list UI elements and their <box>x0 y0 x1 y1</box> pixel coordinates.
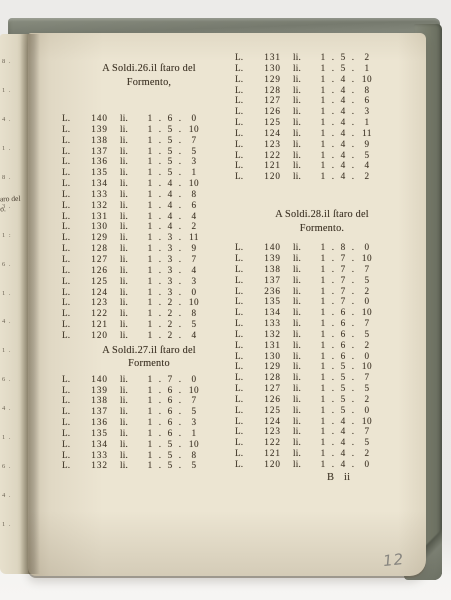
left-column: A Soldi.26.il ſtaro del Formento, L. 140… <box>62 62 238 471</box>
li-prefix: li. <box>281 437 317 448</box>
li-prefix: li. <box>108 428 144 439</box>
lire-prefix: L. <box>62 385 84 396</box>
table-row: L. 131 li. 1 . 5 . 2 <box>235 52 411 63</box>
lire-prefix: L. <box>235 361 257 372</box>
previous-page-edge: 8 . 1 . 4 . 1 . 8 . 3 . 1 : 6 . 1 . 4 . … <box>0 34 31 574</box>
lire-prefix: L. <box>62 113 84 124</box>
li-prefix: li. <box>108 200 144 211</box>
denari-value: 7 <box>357 426 377 437</box>
lire-prefix: L. <box>62 232 84 243</box>
dot-separator: . <box>349 286 357 297</box>
dot-separator: . <box>329 106 337 117</box>
lire-value: 126 <box>257 106 281 117</box>
table-row: L. 122 li. 1 . 4 . 5 <box>235 150 411 161</box>
lire-value: 140 <box>84 113 108 124</box>
dot-separator: . <box>156 200 164 211</box>
table-row: L. 123 li. 1 . 4 . 7 <box>235 426 411 437</box>
soldi-value: 3 <box>164 232 176 243</box>
soldi-value: 6 <box>164 406 176 417</box>
lire-prefix: L. <box>62 265 84 276</box>
lire-value: 135 <box>84 167 108 178</box>
dot-separator: . <box>156 146 164 157</box>
li-prefix: li. <box>281 253 317 264</box>
dot-separator: . <box>176 406 184 417</box>
unit-value: 1 <box>144 308 156 319</box>
li-prefix: li. <box>108 319 144 330</box>
unit-value: 1 <box>317 296 329 307</box>
denari-value: 4 <box>184 265 204 276</box>
lire-value: 133 <box>84 450 108 461</box>
soldi-value: 3 <box>164 265 176 276</box>
lire-prefix: L. <box>235 117 257 128</box>
lire-prefix: L. <box>62 439 84 450</box>
denari-value: 7 <box>184 254 204 265</box>
lire-prefix: L. <box>62 297 84 308</box>
unit-value: 1 <box>317 150 329 161</box>
lire-prefix: L. <box>235 106 257 117</box>
li-prefix: li. <box>281 139 317 150</box>
soldi-value: 6 <box>164 113 176 124</box>
unit-value: 1 <box>317 340 329 351</box>
lire-value: 133 <box>84 189 108 200</box>
li-prefix: li. <box>281 85 317 96</box>
lire-value: 131 <box>257 52 281 63</box>
table-row: L. 124 li. 1 . 3 . 0 <box>62 287 238 298</box>
unit-value: 1 <box>317 85 329 96</box>
lire-value: 138 <box>257 264 281 275</box>
table-row: L. 129 li. 1 . 3 . 11 <box>62 232 238 243</box>
li-prefix: li. <box>108 276 144 287</box>
dot-separator: . <box>329 318 337 329</box>
li-prefix: li. <box>281 416 317 427</box>
lire-prefix: L. <box>235 95 257 106</box>
soldi-value: 4 <box>337 95 349 106</box>
dot-separator: . <box>349 253 357 264</box>
lire-value: 135 <box>84 428 108 439</box>
dot-separator: . <box>349 117 357 128</box>
soldi-value: 4 <box>164 189 176 200</box>
lire-value: 122 <box>257 437 281 448</box>
table-row: L. 130 li. 1 . 6 . 0 <box>235 351 411 362</box>
li-prefix: li. <box>281 264 317 275</box>
dot-separator: . <box>176 439 184 450</box>
soldi-value: 5 <box>337 361 349 372</box>
denari-value: 0 <box>184 287 204 298</box>
unit-value: 1 <box>317 351 329 362</box>
soldi-value: 5 <box>337 394 349 405</box>
dot-separator: . <box>156 297 164 308</box>
table-row: L. 127 li. 1 . 5 . 5 <box>235 383 411 394</box>
li-prefix: li. <box>108 232 144 243</box>
li-prefix: li. <box>281 286 317 297</box>
soldi-value: 5 <box>164 167 176 178</box>
lire-prefix: L. <box>235 318 257 329</box>
table-soldi-26: L. 140 li. 1 . 6 . 0 L. 139 li. 1 <box>62 113 238 341</box>
lire-prefix: L. <box>235 448 257 459</box>
dot-separator: . <box>156 428 164 439</box>
unit-value: 1 <box>317 383 329 394</box>
lire-prefix: L. <box>62 450 84 461</box>
dot-separator: . <box>329 117 337 128</box>
dot-separator: . <box>349 296 357 307</box>
denari-value: 5 <box>357 437 377 448</box>
denari-value: 2 <box>357 448 377 459</box>
li-prefix: li. <box>108 189 144 200</box>
dot-separator: . <box>349 459 357 470</box>
lire-prefix: L. <box>235 383 257 394</box>
unit-value: 1 <box>144 374 156 385</box>
lire-prefix: L. <box>235 286 257 297</box>
li-prefix: li. <box>108 135 144 146</box>
li-prefix: li. <box>108 243 144 254</box>
denari-value: 4 <box>184 330 204 341</box>
unit-value: 1 <box>144 439 156 450</box>
soldi-value: 3 <box>164 254 176 265</box>
dot-separator: . <box>349 85 357 96</box>
dot-separator: . <box>156 287 164 298</box>
unit-value: 1 <box>144 265 156 276</box>
dot-separator: . <box>156 167 164 178</box>
li-prefix: li. <box>281 242 317 253</box>
lire-value: 124 <box>257 416 281 427</box>
lire-prefix: L. <box>235 139 257 150</box>
photo-backdrop: 8 . 1 . 4 . 1 . 8 . 3 . 1 : 6 . 1 . 4 . … <box>0 0 451 600</box>
table-row: L. 128 li. 1 . 5 . 7 <box>235 372 411 383</box>
soldi-value: 2 <box>164 330 176 341</box>
soldi-value: 6 <box>337 307 349 318</box>
previous-page-text-fragment: 4 . <box>2 492 24 499</box>
denari-value: 7 <box>357 264 377 275</box>
unit-value: 1 <box>144 221 156 232</box>
dot-separator: . <box>176 385 184 396</box>
denari-value: 3 <box>357 106 377 117</box>
previous-page-text-fragment: 8 . <box>2 58 24 65</box>
dot-separator: . <box>349 318 357 329</box>
dot-separator: . <box>156 124 164 135</box>
denari-value: 7 <box>357 318 377 329</box>
dot-separator: . <box>349 329 357 340</box>
table-row: L. 137 li. 1 . 6 . 5 <box>62 406 238 417</box>
dot-separator: . <box>349 437 357 448</box>
unit-value: 1 <box>144 146 156 157</box>
denari-value: 10 <box>184 385 204 396</box>
lire-value: 123 <box>257 139 281 150</box>
lire-value: 123 <box>84 297 108 308</box>
lire-prefix: L. <box>62 319 84 330</box>
lire-prefix: L. <box>235 416 257 427</box>
lire-prefix: L. <box>62 287 84 298</box>
li-prefix: li. <box>108 156 144 167</box>
table-row: L. 132 li. 1 . 6 . 5 <box>235 329 411 340</box>
unit-value: 1 <box>144 189 156 200</box>
table-row: L. 130 li. 1 . 4 . 2 <box>62 221 238 232</box>
dot-separator: . <box>349 307 357 318</box>
lire-prefix: L. <box>62 189 84 200</box>
denari-value: 0 <box>184 374 204 385</box>
lire-value: 120 <box>84 330 108 341</box>
denari-value: 5 <box>357 329 377 340</box>
soldi-value: 4 <box>337 160 349 171</box>
table-row: L. 135 li. 1 . 5 . 1 <box>62 167 238 178</box>
denari-value: 11 <box>184 232 204 243</box>
unit-value: 1 <box>144 167 156 178</box>
soldi-value: 4 <box>337 171 349 182</box>
dot-separator: . <box>156 450 164 461</box>
dot-separator: . <box>349 171 357 182</box>
denari-value: 1 <box>184 428 204 439</box>
lire-value: 122 <box>84 308 108 319</box>
unit-value: 1 <box>144 243 156 254</box>
li-prefix: li. <box>281 74 317 85</box>
unit-value: 1 <box>144 178 156 189</box>
dot-separator: . <box>176 254 184 265</box>
soldi-value: 4 <box>337 74 349 85</box>
lire-value: 138 <box>84 135 108 146</box>
table-row: L. 121 li. 1 . 2 . 5 <box>62 319 238 330</box>
soldi-value: 6 <box>164 417 176 428</box>
dot-separator: . <box>349 128 357 139</box>
lire-value: 129 <box>84 232 108 243</box>
denari-value: 8 <box>184 189 204 200</box>
dot-separator: . <box>329 63 337 74</box>
lire-prefix: L. <box>62 167 84 178</box>
soldi-value: 4 <box>164 200 176 211</box>
table-row: L. 123 li. 1 . 2 . 10 <box>62 297 238 308</box>
unit-value: 1 <box>317 128 329 139</box>
lire-value: 124 <box>84 287 108 298</box>
dot-separator: . <box>329 160 337 171</box>
previous-page-text-fragment: 4 . <box>2 318 24 325</box>
li-prefix: li. <box>281 307 317 318</box>
unit-value: 1 <box>317 394 329 405</box>
dot-separator: . <box>349 264 357 275</box>
lire-prefix: L. <box>235 329 257 340</box>
table-row: L. 134 li. 1 . 6 . 10 <box>235 307 411 318</box>
dot-separator: . <box>329 264 337 275</box>
denari-value: 10 <box>184 124 204 135</box>
unit-value: 1 <box>317 63 329 74</box>
lire-value: 131 <box>257 340 281 351</box>
table-row: L. 133 li. 1 . 5 . 8 <box>62 450 238 461</box>
dot-separator: . <box>156 276 164 287</box>
unit-value: 1 <box>144 200 156 211</box>
soldi-value: 5 <box>337 52 349 63</box>
li-prefix: li. <box>281 171 317 182</box>
unit-value: 1 <box>144 406 156 417</box>
lire-value: 137 <box>84 146 108 157</box>
table-row: L. 135 li. 1 . 7 . 0 <box>235 296 411 307</box>
lire-prefix: L. <box>235 437 257 448</box>
previous-page-text-fragment: 6 . <box>2 376 24 383</box>
dot-separator: . <box>329 242 337 253</box>
soldi-value: 3 <box>164 243 176 254</box>
lire-prefix: L. <box>62 276 84 287</box>
unit-value: 1 <box>144 254 156 265</box>
previous-page-text-fragment: 1 . <box>2 434 24 441</box>
dot-separator: . <box>176 265 184 276</box>
lire-value: 126 <box>84 265 108 276</box>
li-prefix: li. <box>108 146 144 157</box>
denari-value: 4 <box>357 160 377 171</box>
unit-value: 1 <box>317 52 329 63</box>
denari-value: 2 <box>357 286 377 297</box>
dot-separator: . <box>176 374 184 385</box>
lire-value: 236 <box>257 286 281 297</box>
table-row: L. 138 li. 1 . 5 . 7 <box>62 135 238 146</box>
table-row: L. 236 li. 1 . 7 . 2 <box>235 286 411 297</box>
table-row: L. 124 li. 1 . 4 . 11 <box>235 128 411 139</box>
dot-separator: . <box>349 106 357 117</box>
dot-separator: . <box>176 428 184 439</box>
denari-value: 1 <box>357 63 377 74</box>
lire-prefix: L. <box>62 178 84 189</box>
dot-separator: . <box>176 189 184 200</box>
lire-value: 129 <box>257 74 281 85</box>
soldi-value: 5 <box>164 156 176 167</box>
lire-prefix: L. <box>235 150 257 161</box>
lire-value: 137 <box>257 275 281 286</box>
li-prefix: li. <box>281 160 317 171</box>
li-prefix: li. <box>281 52 317 63</box>
soldi-value: 7 <box>337 296 349 307</box>
dot-separator: . <box>156 395 164 406</box>
table-row: L. 120 li. 1 . 2 . 4 <box>62 330 238 341</box>
table-row: L. 123 li. 1 . 4 . 9 <box>235 139 411 150</box>
lire-value: 138 <box>84 395 108 406</box>
unit-value: 1 <box>317 242 329 253</box>
dot-separator: . <box>156 265 164 276</box>
dot-separator: . <box>329 139 337 150</box>
denari-value: 3 <box>184 417 204 428</box>
dot-separator: . <box>329 394 337 405</box>
denari-value: 10 <box>184 178 204 189</box>
dot-separator: . <box>329 351 337 362</box>
soldi-value: 5 <box>164 146 176 157</box>
lire-prefix: L. <box>62 417 84 428</box>
right-column: L. 131 li. 1 . 5 . 2 L. 130 li. 1 <box>235 52 411 483</box>
denari-value: 2 <box>357 52 377 63</box>
lire-prefix: L. <box>235 253 257 264</box>
table-soldi-27-part-2: L. 131 li. 1 . 5 . 2 L. 130 li. 1 <box>235 52 411 182</box>
table-row: L. 121 li. 1 . 4 . 2 <box>235 448 411 459</box>
lire-value: 139 <box>257 253 281 264</box>
denari-value: 10 <box>357 416 377 427</box>
denari-value: 0 <box>357 296 377 307</box>
soldi-value: 6 <box>164 385 176 396</box>
lire-value: 136 <box>84 156 108 167</box>
li-prefix: li. <box>108 395 144 406</box>
li-prefix: li. <box>108 167 144 178</box>
unit-value: 1 <box>144 297 156 308</box>
unit-value: 1 <box>144 211 156 222</box>
dot-separator: . <box>156 135 164 146</box>
dot-separator: . <box>349 394 357 405</box>
dot-separator: . <box>156 211 164 222</box>
denari-value: 9 <box>184 243 204 254</box>
dot-separator: . <box>349 372 357 383</box>
lire-value: 120 <box>257 171 281 182</box>
soldi-value: 5 <box>164 439 176 450</box>
denari-value: 5 <box>184 460 204 471</box>
denari-value: 10 <box>357 74 377 85</box>
table-row: L. 130 li. 1 . 5 . 1 <box>235 63 411 74</box>
denari-value: 3 <box>184 156 204 167</box>
denari-value: 10 <box>184 439 204 450</box>
signature-mark: B ii <box>327 472 411 483</box>
lire-prefix: L. <box>62 211 84 222</box>
soldi-value: 7 <box>337 286 349 297</box>
dot-separator: . <box>176 330 184 341</box>
table-row: L. 135 li. 1 . 6 . 1 <box>62 428 238 439</box>
dot-separator: . <box>176 156 184 167</box>
table-row: L. 132 li. 1 . 5 . 5 <box>62 460 238 471</box>
dot-separator: . <box>156 232 164 243</box>
soldi-value: 2 <box>164 319 176 330</box>
unit-value: 1 <box>144 319 156 330</box>
previous-page-text-fragment: 1 . <box>2 145 24 152</box>
denari-value: 1 <box>357 117 377 128</box>
dot-separator: . <box>329 253 337 264</box>
previous-page-text-fragment: 6 . <box>2 463 24 470</box>
table-row: L. 125 li. 1 . 5 . 0 <box>235 405 411 416</box>
dot-separator: . <box>329 405 337 416</box>
lire-prefix: L. <box>235 351 257 362</box>
unit-value: 1 <box>317 405 329 416</box>
table-row: L. 128 li. 1 . 4 . 8 <box>235 85 411 96</box>
dot-separator: . <box>329 329 337 340</box>
previous-page-text-fragment: 4 . <box>2 116 24 123</box>
denari-value: 4 <box>184 211 204 222</box>
li-prefix: li. <box>108 178 144 189</box>
lire-value: 127 <box>257 95 281 106</box>
soldi-value: 2 <box>164 308 176 319</box>
table-row: L. 134 li. 1 . 4 . 10 <box>62 178 238 189</box>
li-prefix: li. <box>108 211 144 222</box>
table-row: L. 139 li. 1 . 5 . 10 <box>62 124 238 135</box>
lire-prefix: L. <box>235 426 257 437</box>
soldi-value: 6 <box>164 395 176 406</box>
lire-value: 134 <box>84 439 108 450</box>
header-line-2: Formento, <box>70 76 228 90</box>
table-row: L. 131 li. 1 . 4 . 4 <box>62 211 238 222</box>
lire-prefix: L. <box>62 330 84 341</box>
li-prefix: li. <box>281 372 317 383</box>
dot-separator: . <box>329 459 337 470</box>
dot-separator: . <box>176 287 184 298</box>
soldi-value: 4 <box>337 128 349 139</box>
unit-value: 1 <box>317 95 329 106</box>
li-prefix: li. <box>281 340 317 351</box>
lire-value: 130 <box>84 221 108 232</box>
lire-prefix: L. <box>235 63 257 74</box>
table-row: L. 139 li. 1 . 7 . 10 <box>235 253 411 264</box>
soldi-value: 8 <box>337 242 349 253</box>
li-prefix: li. <box>108 460 144 471</box>
lire-prefix: L. <box>235 74 257 85</box>
li-prefix: li. <box>108 297 144 308</box>
lire-value: 126 <box>257 394 281 405</box>
dot-separator: . <box>156 417 164 428</box>
previous-page-text-fragment: 1 . <box>2 347 24 354</box>
lire-value: 127 <box>257 383 281 394</box>
li-prefix: li. <box>281 426 317 437</box>
unit-value: 1 <box>317 139 329 150</box>
soldi-value: 6 <box>337 329 349 340</box>
soldi-value: 4 <box>337 117 349 128</box>
lire-value: 140 <box>257 242 281 253</box>
dot-separator: . <box>176 146 184 157</box>
dot-separator: . <box>176 113 184 124</box>
